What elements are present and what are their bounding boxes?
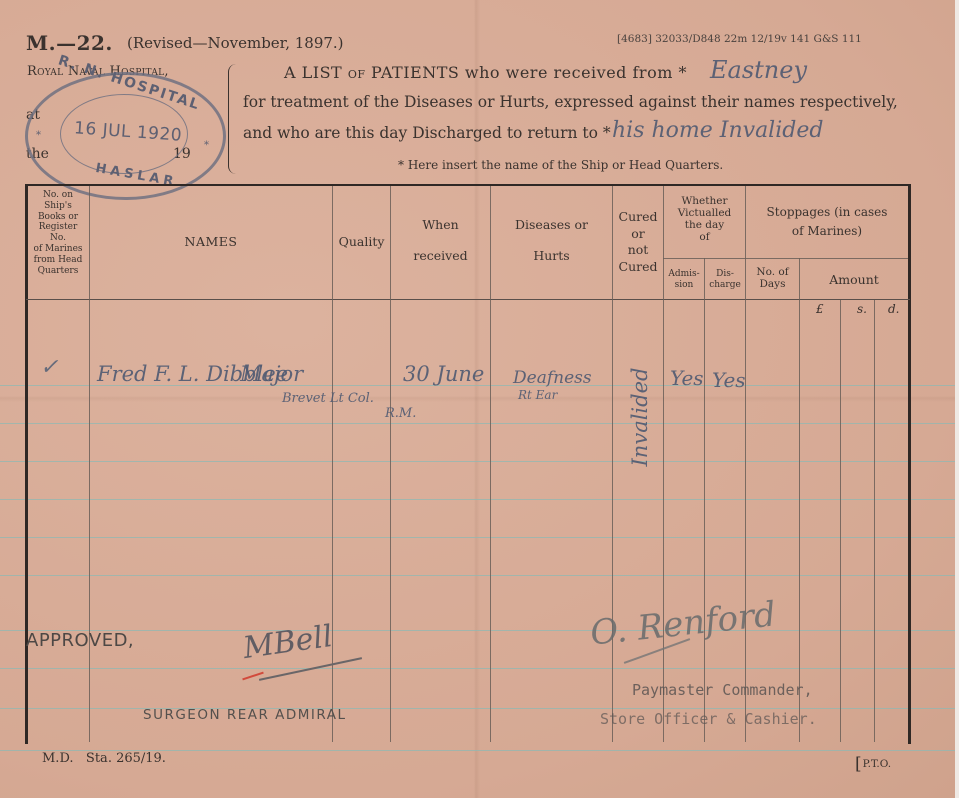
header-stoppages: Stoppages (in cases of Marines) xyxy=(746,203,908,240)
column-divider xyxy=(840,300,841,742)
victualled-admission-value: Yes xyxy=(670,366,704,390)
header-line: Whether xyxy=(664,195,745,207)
paper-edge xyxy=(955,0,959,798)
ruled-line xyxy=(0,537,959,538)
header-line: the day xyxy=(664,219,745,231)
form-title: A LIST of PATIENTS who were received fro… xyxy=(284,63,687,82)
form-number: M.—22. xyxy=(26,31,113,55)
pounds-label: £ xyxy=(816,302,824,316)
md-reference: M.D. Sta. 265/19. xyxy=(42,751,166,766)
header-line: sion xyxy=(664,280,704,291)
table-right-border xyxy=(908,184,911,744)
header-line: Stoppages (in cases xyxy=(746,203,908,222)
paymaster-title: Paymaster Commander, xyxy=(632,681,813,699)
table-header-bottom xyxy=(26,299,910,300)
header-line: from Head xyxy=(27,255,89,266)
header-discharge: Dis- charge xyxy=(705,269,745,291)
header-line: of xyxy=(664,231,745,243)
header-cured: Cured or not Cured xyxy=(613,209,663,275)
cured-value: Invalided xyxy=(628,342,652,492)
title-a: A LIST xyxy=(284,63,348,82)
subheader-divider xyxy=(663,258,908,259)
star-icon: * xyxy=(204,140,209,151)
ruled-line xyxy=(0,461,959,462)
header-line: of Marines) xyxy=(746,222,908,241)
header-line: Dis- xyxy=(705,269,745,280)
header-line: Books or xyxy=(27,212,89,223)
footnote: * Here insert the name of the Ship or He… xyxy=(398,158,723,172)
intro-line-2: for treatment of the Diseases or Hurts, … xyxy=(243,93,898,111)
title-of: of xyxy=(348,63,366,82)
revision-note: (Revised—November, 1897.) xyxy=(127,34,344,52)
header-line: No. xyxy=(27,233,89,244)
return-to-handwritten: his home Invalided xyxy=(612,118,823,143)
header-line: not xyxy=(613,242,663,259)
title-patients: PATIENTS who were received from xyxy=(365,63,672,82)
header-line: or xyxy=(613,226,663,243)
ruled-line xyxy=(0,423,959,424)
brace xyxy=(228,64,239,174)
column-divider xyxy=(490,186,491,742)
asterisk: * xyxy=(673,63,687,82)
store-officer-title: Store Officer & Cashier. xyxy=(600,710,817,728)
header-days: No. of Days xyxy=(746,266,799,290)
column-divider xyxy=(799,258,800,742)
header-amount: Amount xyxy=(800,272,908,288)
column-divider xyxy=(704,258,705,742)
star-icon: * xyxy=(36,130,41,141)
column-divider xyxy=(89,186,90,742)
shillings-label: s. xyxy=(857,302,867,316)
header-line: Cured xyxy=(613,209,663,226)
header-line: Ship's xyxy=(27,201,89,212)
disease-value: Deafness xyxy=(513,368,592,388)
table-top-border xyxy=(26,184,910,186)
patient-quality-note: Brevet Lt Col. xyxy=(282,391,374,406)
header-line: Diseases or xyxy=(491,217,612,233)
header-line: Quarters xyxy=(27,266,89,277)
received-from-handwritten: Eastney xyxy=(710,56,807,84)
print-code: [4683] 32033/D848 22m 12/19v 141 G&S 111 xyxy=(617,33,862,45)
surgeon-title: SURGEON REAR ADMIRAL xyxy=(143,707,347,723)
header-line: Register xyxy=(27,222,89,233)
header-line: Hurts xyxy=(491,248,612,264)
header-line: received xyxy=(391,248,490,264)
disease-note: Rt Ear xyxy=(518,388,557,402)
header-line: Days xyxy=(746,278,799,290)
header-diseases: Diseases or Hurts xyxy=(491,217,612,265)
ruled-line xyxy=(0,575,959,576)
header-quality: Quality xyxy=(333,234,390,250)
header-victualled: Whether Victualled the day of xyxy=(664,195,745,243)
when-received-value: 30 June xyxy=(403,362,484,386)
header-line: Admis- xyxy=(664,269,704,280)
surgeon-signature: MBell xyxy=(241,619,335,666)
header-ship-no: No. on Ship's Books or Register No. of M… xyxy=(27,190,89,276)
header-when-received: When received xyxy=(391,217,490,265)
header-line: Cured xyxy=(613,259,663,276)
check-mark-icon: ✓ xyxy=(40,355,58,380)
victualled-discharge-value: Yes xyxy=(712,368,746,392)
header-line: No. of xyxy=(746,266,799,278)
intro-line-3: and who are this day Discharged to retur… xyxy=(243,124,611,142)
pto-note: P.T.O. xyxy=(855,752,891,772)
header-line: of Marines xyxy=(27,244,89,255)
header-admission: Admis- sion xyxy=(664,269,704,291)
ruled-line xyxy=(0,630,959,631)
ruled-line xyxy=(0,499,959,500)
header-line: charge xyxy=(705,280,745,291)
header-line: When xyxy=(391,217,490,233)
patient-quality: Major xyxy=(240,362,303,386)
column-divider xyxy=(874,300,875,742)
patient-quality-note-2: R.M. xyxy=(385,406,416,421)
pence-label: d. xyxy=(888,302,900,316)
column-divider xyxy=(332,186,333,742)
header-names: NAMES xyxy=(90,234,332,250)
header-line: No. on xyxy=(27,190,89,201)
paymaster-signature: O. Renford xyxy=(588,594,777,653)
ruled-line xyxy=(0,668,959,669)
header-line: Victualled xyxy=(664,207,745,219)
approved-label: APPROVED, xyxy=(26,630,134,651)
column-divider xyxy=(390,186,391,742)
